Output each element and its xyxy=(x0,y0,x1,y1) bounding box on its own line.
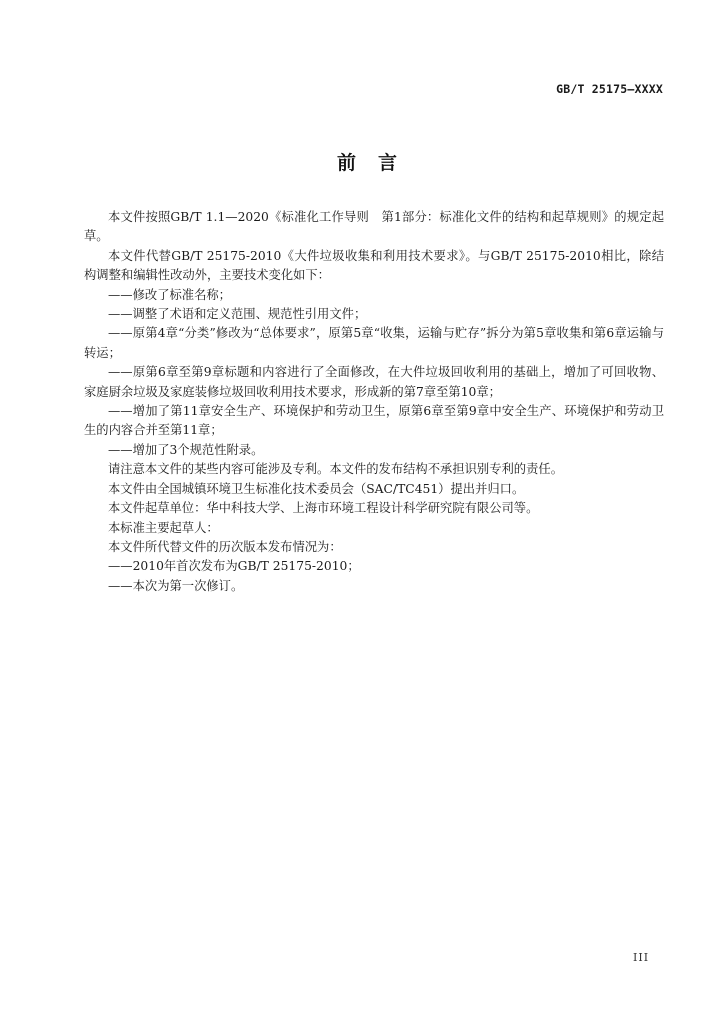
paragraph-drafting-basis: 本文件按照GB/T 1.1—2020《标准化工作导则 第1部分：标准化文件的结构… xyxy=(84,208,664,247)
paragraph-version-history: 本文件所代替文件的历次版本发布情况为： xyxy=(84,538,664,557)
change-item: ——原第4章“分类”修改为“总体要求”，原第5章“收集，运输与贮存”拆分为第5章… xyxy=(84,324,664,363)
change-item: ——增加了第11章安全生产、环境保护和劳动卫生，原第6章至第9章中安全生产、环境… xyxy=(84,402,664,441)
paragraph-proposer: 本文件由全国城镇环境卫生标准化技术委员会（SAC/TC451）提出并归口。 xyxy=(84,480,664,499)
change-item: ——原第6章至第9章标题和内容进行了全面修改，在大件垃圾回收利用的基础上，增加了… xyxy=(84,363,664,402)
document-id-header: GB/T 25175—XXXX xyxy=(556,82,663,96)
paragraph-drafting-units: 本文件起草单位：华中科技大学、上海市环境工程设计科学研究院有限公司等。 xyxy=(84,499,664,518)
document-page: GB/T 25175—XXXX 前言 本文件按照GB/T 1.1—2020《标准… xyxy=(0,0,726,1031)
paragraph-patent-notice: 请注意本文件的某些内容可能涉及专利。本文件的发布结构不承担识别专利的责任。 xyxy=(84,460,664,479)
page-number: III xyxy=(633,951,649,964)
change-item: ——调整了术语和定义范围、规范性引用文件； xyxy=(84,305,664,324)
foreword-body: 本文件按照GB/T 1.1—2020《标准化工作导则 第1部分：标准化文件的结构… xyxy=(84,208,664,596)
version-history-item: ——本次为第一次修订。 xyxy=(84,577,664,596)
paragraph-drafters: 本标准主要起草人： xyxy=(84,519,664,538)
change-item: ——修改了标准名称； xyxy=(84,286,664,305)
page-title: 前言 xyxy=(0,148,726,175)
paragraph-replacement: 本文件代替GB/T 25175-2010《大件垃圾收集和利用技术要求》。与GB/… xyxy=(84,247,664,286)
change-item: ——增加了3个规范性附录。 xyxy=(84,441,664,460)
version-history-item: ——2010年首次发布为GB/T 25175-2010； xyxy=(84,557,664,576)
